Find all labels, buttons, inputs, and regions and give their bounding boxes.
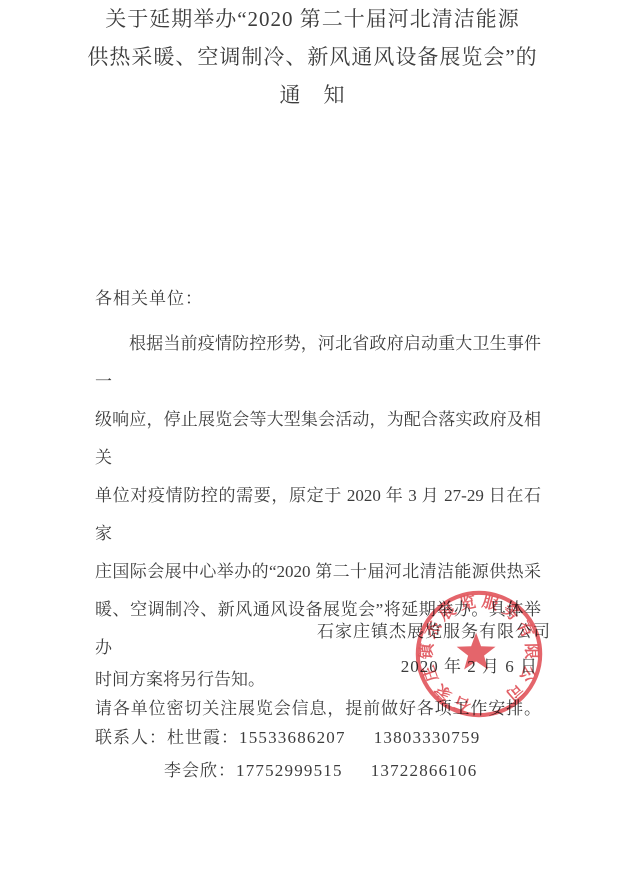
contact-phone: 13722866106 xyxy=(371,761,478,780)
signature-date: 2020 年 2 月 6 日 xyxy=(401,656,538,678)
contact-name: 李会欣： xyxy=(164,761,236,780)
body-line: 请各单位密切关注展览会信息，提前做好各项工作安排。 xyxy=(95,693,541,725)
title-line-3: 通 知 xyxy=(0,76,625,114)
contact-row-1: 联系人：杜世霞：1553368620713803330759 xyxy=(95,727,480,749)
title-line-1: 关于延期举办“2020 第二十届河北清洁能源 xyxy=(0,0,625,38)
signature-company-name: 石家庄镇杰展览服务有限公司 xyxy=(317,621,551,643)
contact-name: 杜世霞： xyxy=(167,728,239,747)
body-line: 庄国际会展中心举办的“2020 第二十届河北清洁能源供热采 xyxy=(95,553,541,591)
body-line: 级响应，停止展览会等大型集会活动，为配合落实政府及相关 xyxy=(95,401,541,477)
contact-row-2: 李会欣：1775299951513722866106 xyxy=(164,760,477,782)
contact-phone: 17752999515 xyxy=(236,761,343,780)
contact-phone: 15533686207 xyxy=(239,728,346,747)
salutation: 各相关单位： xyxy=(95,288,540,310)
body-line: 单位对疫情防控的需要，原定于 2020 年 3 月 27-29 日在石家 xyxy=(95,477,541,553)
contact-phone: 13803330759 xyxy=(374,728,481,747)
title-line-2: 供热采暖、空调制冷、新风通风设备展览会”的 xyxy=(0,38,625,76)
contact-label: 联系人： xyxy=(95,728,167,747)
notice-document-page: 关于延期举办“2020 第二十届河北清洁能源 供热采暖、空调制冷、新风通风设备展… xyxy=(0,0,625,881)
body-line: 根据当前疫情防控形势，河北省政府启动重大卫生事件一 xyxy=(95,325,541,401)
document-title: 关于延期举办“2020 第二十届河北清洁能源 供热采暖、空调制冷、新风通风设备展… xyxy=(0,0,625,114)
